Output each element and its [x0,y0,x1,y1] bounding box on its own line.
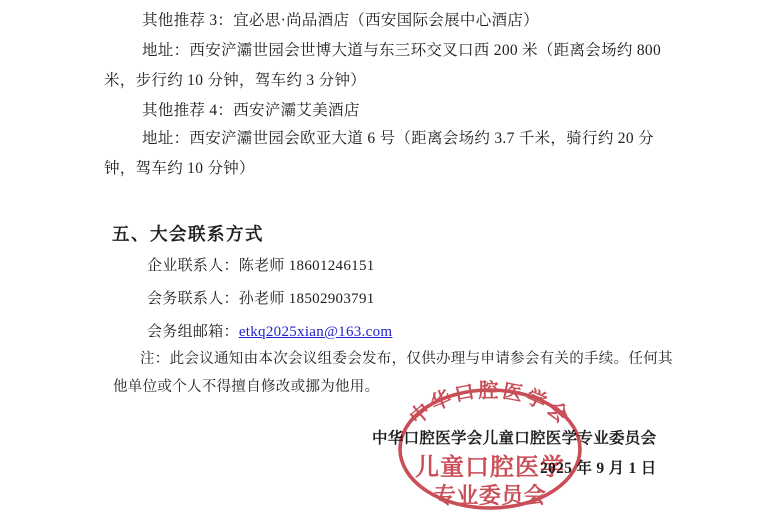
hotel-3-address-line-2: 米，步行约 10 分钟，驾车约 3 分钟） [104,71,366,91]
seal-center-line-1: 儿童口腔医学 [415,453,565,481]
email-label: 会务组邮箱： [147,324,239,340]
section-heading-contact-info: 五、大会联系方式 [112,224,264,244]
seal-center-line-2: 专业委员会 [434,483,547,508]
hotel-4-address-line-2: 钟，驾车约 10 分钟） [104,159,255,179]
hotel-recommendation-3: 其他推荐 3：宜必思·尚品酒店（西安国际会展中心酒店） [142,11,539,31]
note-line-2: 他单位或个人不得擅自修改或挪为他用。 [113,377,379,397]
hotel-4-address-line-1: 地址：西安浐灞世园会欧亚大道 6 号（距离会场约 3.7 千米，骑行约 20 分 [142,129,654,149]
hotel-recommendation-4: 其他推荐 4：西安浐灞艾美酒店 [142,101,360,121]
contact-company-line: 企业联系人：陈老师 18601246151 [147,256,375,276]
contact-affairs-line: 会务联系人：孙老师 18502903791 [147,289,375,309]
hotel-3-address-line-1: 地址：西安浐灞世园会世博大道与东三环交叉口西 200 米（距离会场约 800 [142,41,661,61]
email-link[interactable]: etkq2025xian@163.com [239,324,393,340]
contact-email-line: 会务组邮箱：etkq2025xian@163.com [147,322,392,342]
document-page: 其他推荐 3：宜必思·尚品酒店（西安国际会展中心酒店） 地址：西安浐灞世园会世博… [0,0,768,525]
note-line-1: 注：此会议通知由本次会议组委会发布，仅供办理与申请参会有关的手续。任何其 [140,349,673,369]
official-seal: 中华口腔医学会 儿童口腔医学 专业委员会 [388,376,592,525]
